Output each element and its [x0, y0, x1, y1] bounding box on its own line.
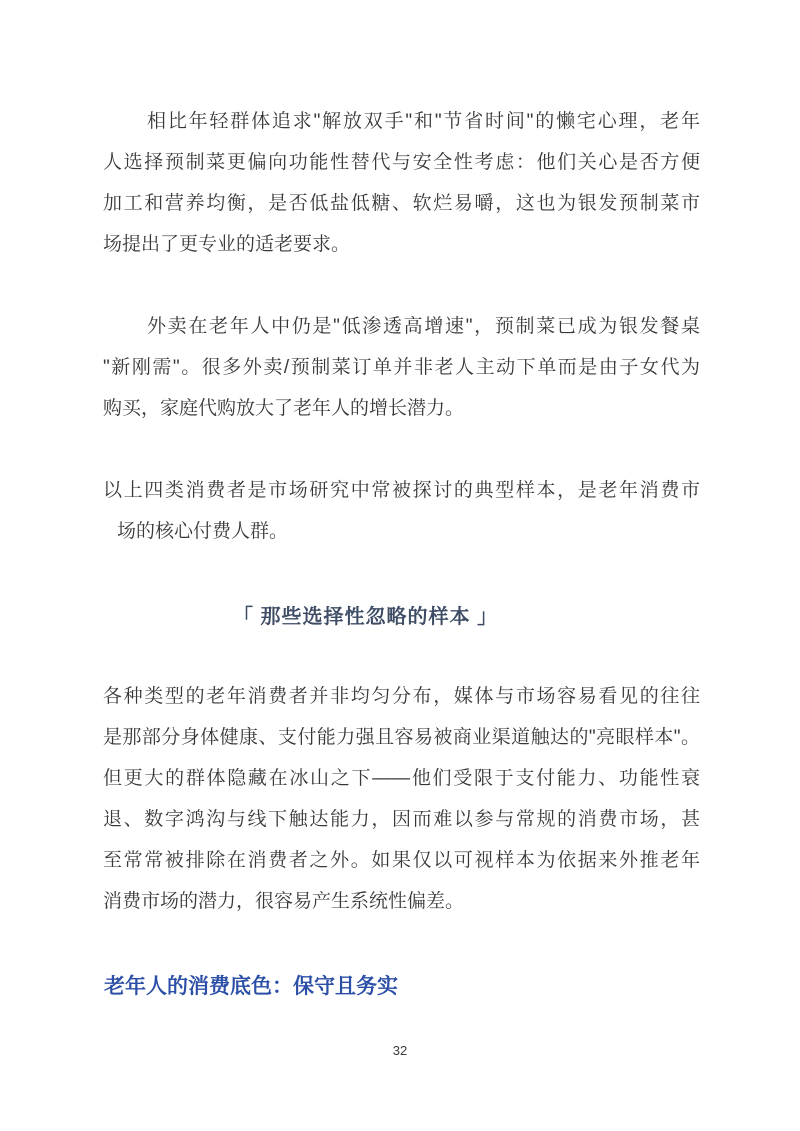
text-line: 场的核心付费人群。: [103, 511, 700, 552]
text-line: 但更大的群体隐藏在冰山之下——他们受限于支付能力、功能性衰: [103, 758, 700, 799]
text-line: 人选择预制菜更偏向功能性替代与安全性考虑：他们关心是否方便: [103, 142, 700, 183]
text-line: 购买，家庭代购放大了老年人的增长潜力。: [103, 388, 700, 429]
text-line: 退、数字鸿沟与线下触达能力，因而难以参与常规的消费市场，甚: [103, 799, 700, 840]
paragraph: 以上四类消费者是市场研究中常被探讨的典型样本，是老年消费市场的核心付费人群。: [103, 470, 700, 552]
text-line: 各种类型的老年消费者并非均匀分布，媒体与市场容易看见的往往: [103, 676, 700, 717]
page-number: 32: [0, 1042, 800, 1060]
text-line: 是那部分身体健康、支付能力强且容易被商业渠道触达的"亮眼样本"。: [103, 717, 700, 758]
paragraph: 相比年轻群体追求"解放双手"和"节省时间"的懒宅心理，老年人选择预制菜更偏向功能…: [103, 101, 700, 265]
document-page: 相比年轻群体追求"解放双手"和"节省时间"的懒宅心理，老年人选择预制菜更偏向功能…: [0, 0, 800, 1131]
section-heading: 「 那些选择性忽略的样本 」: [233, 597, 498, 638]
text-line: 以上四类消费者是市场研究中常被探讨的典型样本，是老年消费市: [103, 470, 700, 511]
paragraph: 外卖在老年人中仍是"低渗透高增速"，预制菜已成为银发餐桌"新刚需"。很多外卖/预…: [103, 306, 700, 429]
paragraph: 各种类型的老年消费者并非均匀分布，媒体与市场容易看见的往往是那部分身体健康、支付…: [103, 676, 700, 922]
text-line: 相比年轻群体追求"解放双手"和"节省时间"的懒宅心理，老年: [103, 101, 700, 142]
text-line: 至常常被排除在消费者之外。如果仅以可视样本为依据来外推老年: [103, 840, 700, 881]
text-line: "新刚需"。很多外卖/预制菜订单并非老人主动下单而是由子女代为: [103, 347, 700, 388]
text-line: 外卖在老年人中仍是"低渗透高增速"，预制菜已成为银发餐桌: [103, 306, 700, 347]
text-line: 消费市场的潜力，很容易产生系统性偏差。: [103, 881, 700, 922]
sub-heading: 老年人的消费底色：保守且务实: [104, 966, 398, 1007]
text-line: 加工和营养均衡，是否低盐低糖、软烂易嚼，这也为银发预制菜市: [103, 183, 700, 224]
text-line: 场提出了更专业的适老要求。: [103, 224, 700, 265]
